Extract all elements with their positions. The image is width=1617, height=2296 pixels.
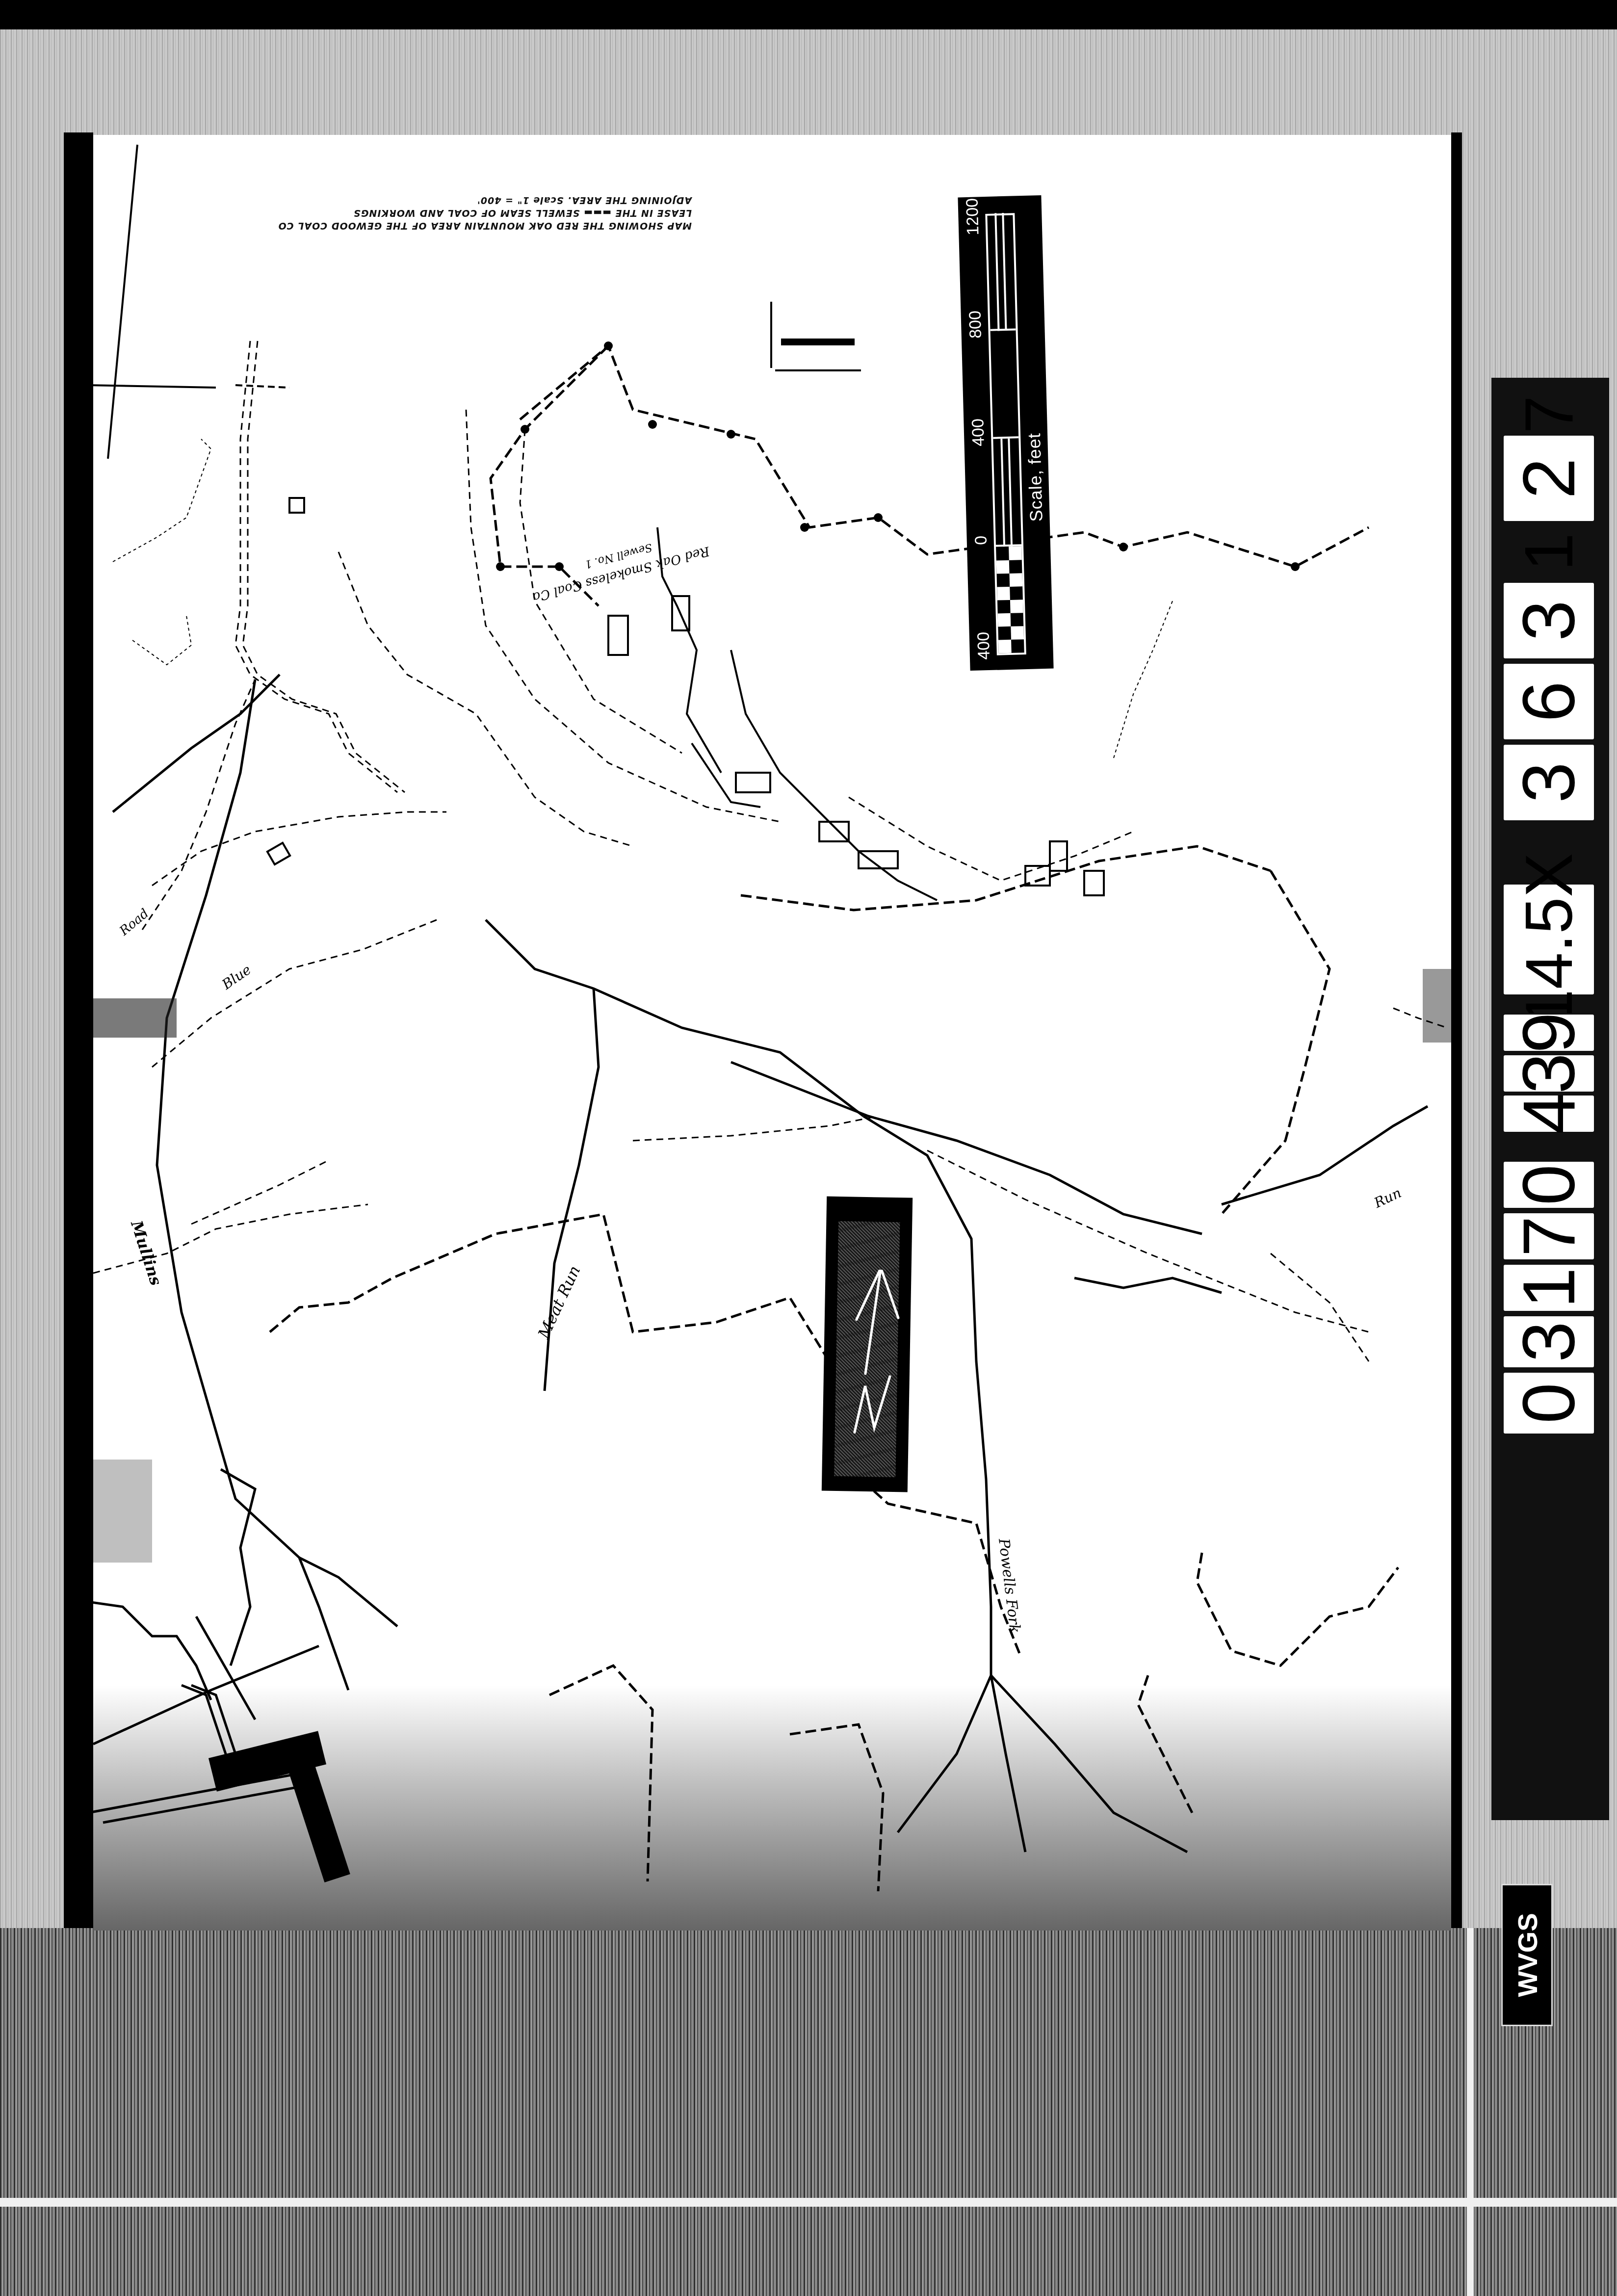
sheet-right-edge xyxy=(1451,132,1462,1928)
title-line-1: MAP SHOWING THE RED OAK MOUNTAIN AREA OF… xyxy=(299,219,692,232)
catalog-digit: 6 xyxy=(1512,681,1586,722)
scale-tick: 400 xyxy=(974,631,994,660)
catalog-digit: 1 xyxy=(1512,1267,1586,1308)
catalog-digit: 3 xyxy=(1512,1321,1586,1362)
scan-shadow xyxy=(93,1685,1451,1931)
catalog-scale-factor: 14.5X xyxy=(1516,853,1582,1026)
catalog-digit: 9 xyxy=(1512,1012,1586,1053)
map-title-block: MAP SHOWING THE RED OAK MOUNTAIN AREA OF… xyxy=(299,194,692,232)
catalog-digit: 1 xyxy=(1514,533,1583,571)
scale-tick: 1200 xyxy=(963,198,983,235)
catalog-number-strip: 7 2 1 3 6 3 14.5X 9 3 4 0 7 1 3 0 xyxy=(1502,388,1595,1810)
scan-divider xyxy=(0,2198,1617,2207)
north-arrow-panel xyxy=(822,1197,913,1492)
title-line-3: ADJOINING THE AREA. Scale 1" = 400' xyxy=(299,194,692,207)
catalog-digit: 7 xyxy=(1514,395,1583,434)
wvgs-label: WVGS xyxy=(1511,1913,1543,1997)
catalog-digit: 2 xyxy=(1512,458,1586,498)
catalog-digit: 4 xyxy=(1512,1093,1586,1134)
catalog-digit: 3 xyxy=(1512,1053,1586,1094)
scale-tick: 800 xyxy=(965,311,985,339)
scale-bar-content: 400 0 400 800 1200 Scale, feet xyxy=(958,195,1053,671)
scale-tick: 400 xyxy=(968,418,988,447)
bottom-scan-band xyxy=(0,1928,1617,2296)
catalog-digit: 0 xyxy=(1512,1383,1586,1423)
legend-bracket-icon xyxy=(770,302,863,370)
catalog-digit: 0 xyxy=(1512,1164,1586,1205)
scale-tick: 0 xyxy=(971,535,991,545)
scan-divider xyxy=(1467,1928,1474,2296)
scale-bar: 400 0 400 800 1200 Scale, feet xyxy=(958,195,1053,671)
top-scan-band xyxy=(0,0,1617,29)
north-arrow-icon xyxy=(822,1197,913,1492)
catalog-digit: 7 xyxy=(1512,1216,1586,1256)
map-sheet: MAP SHOWING THE RED OAK MOUNTAIN AREA OF… xyxy=(93,135,1451,1931)
catalog-digit: 3 xyxy=(1512,762,1586,803)
title-line-2: LEASE IN THE ▬▬▬ SEWELL SEAM OF COAL AND… xyxy=(299,207,692,219)
catalog-digit: 3 xyxy=(1512,600,1586,641)
wvgs-archive-badge: WVGS xyxy=(1501,1884,1553,2026)
map-drawing xyxy=(93,135,1451,1931)
sheet-left-edge xyxy=(64,132,93,1928)
scale-caption: Scale, feet xyxy=(1024,433,1047,522)
